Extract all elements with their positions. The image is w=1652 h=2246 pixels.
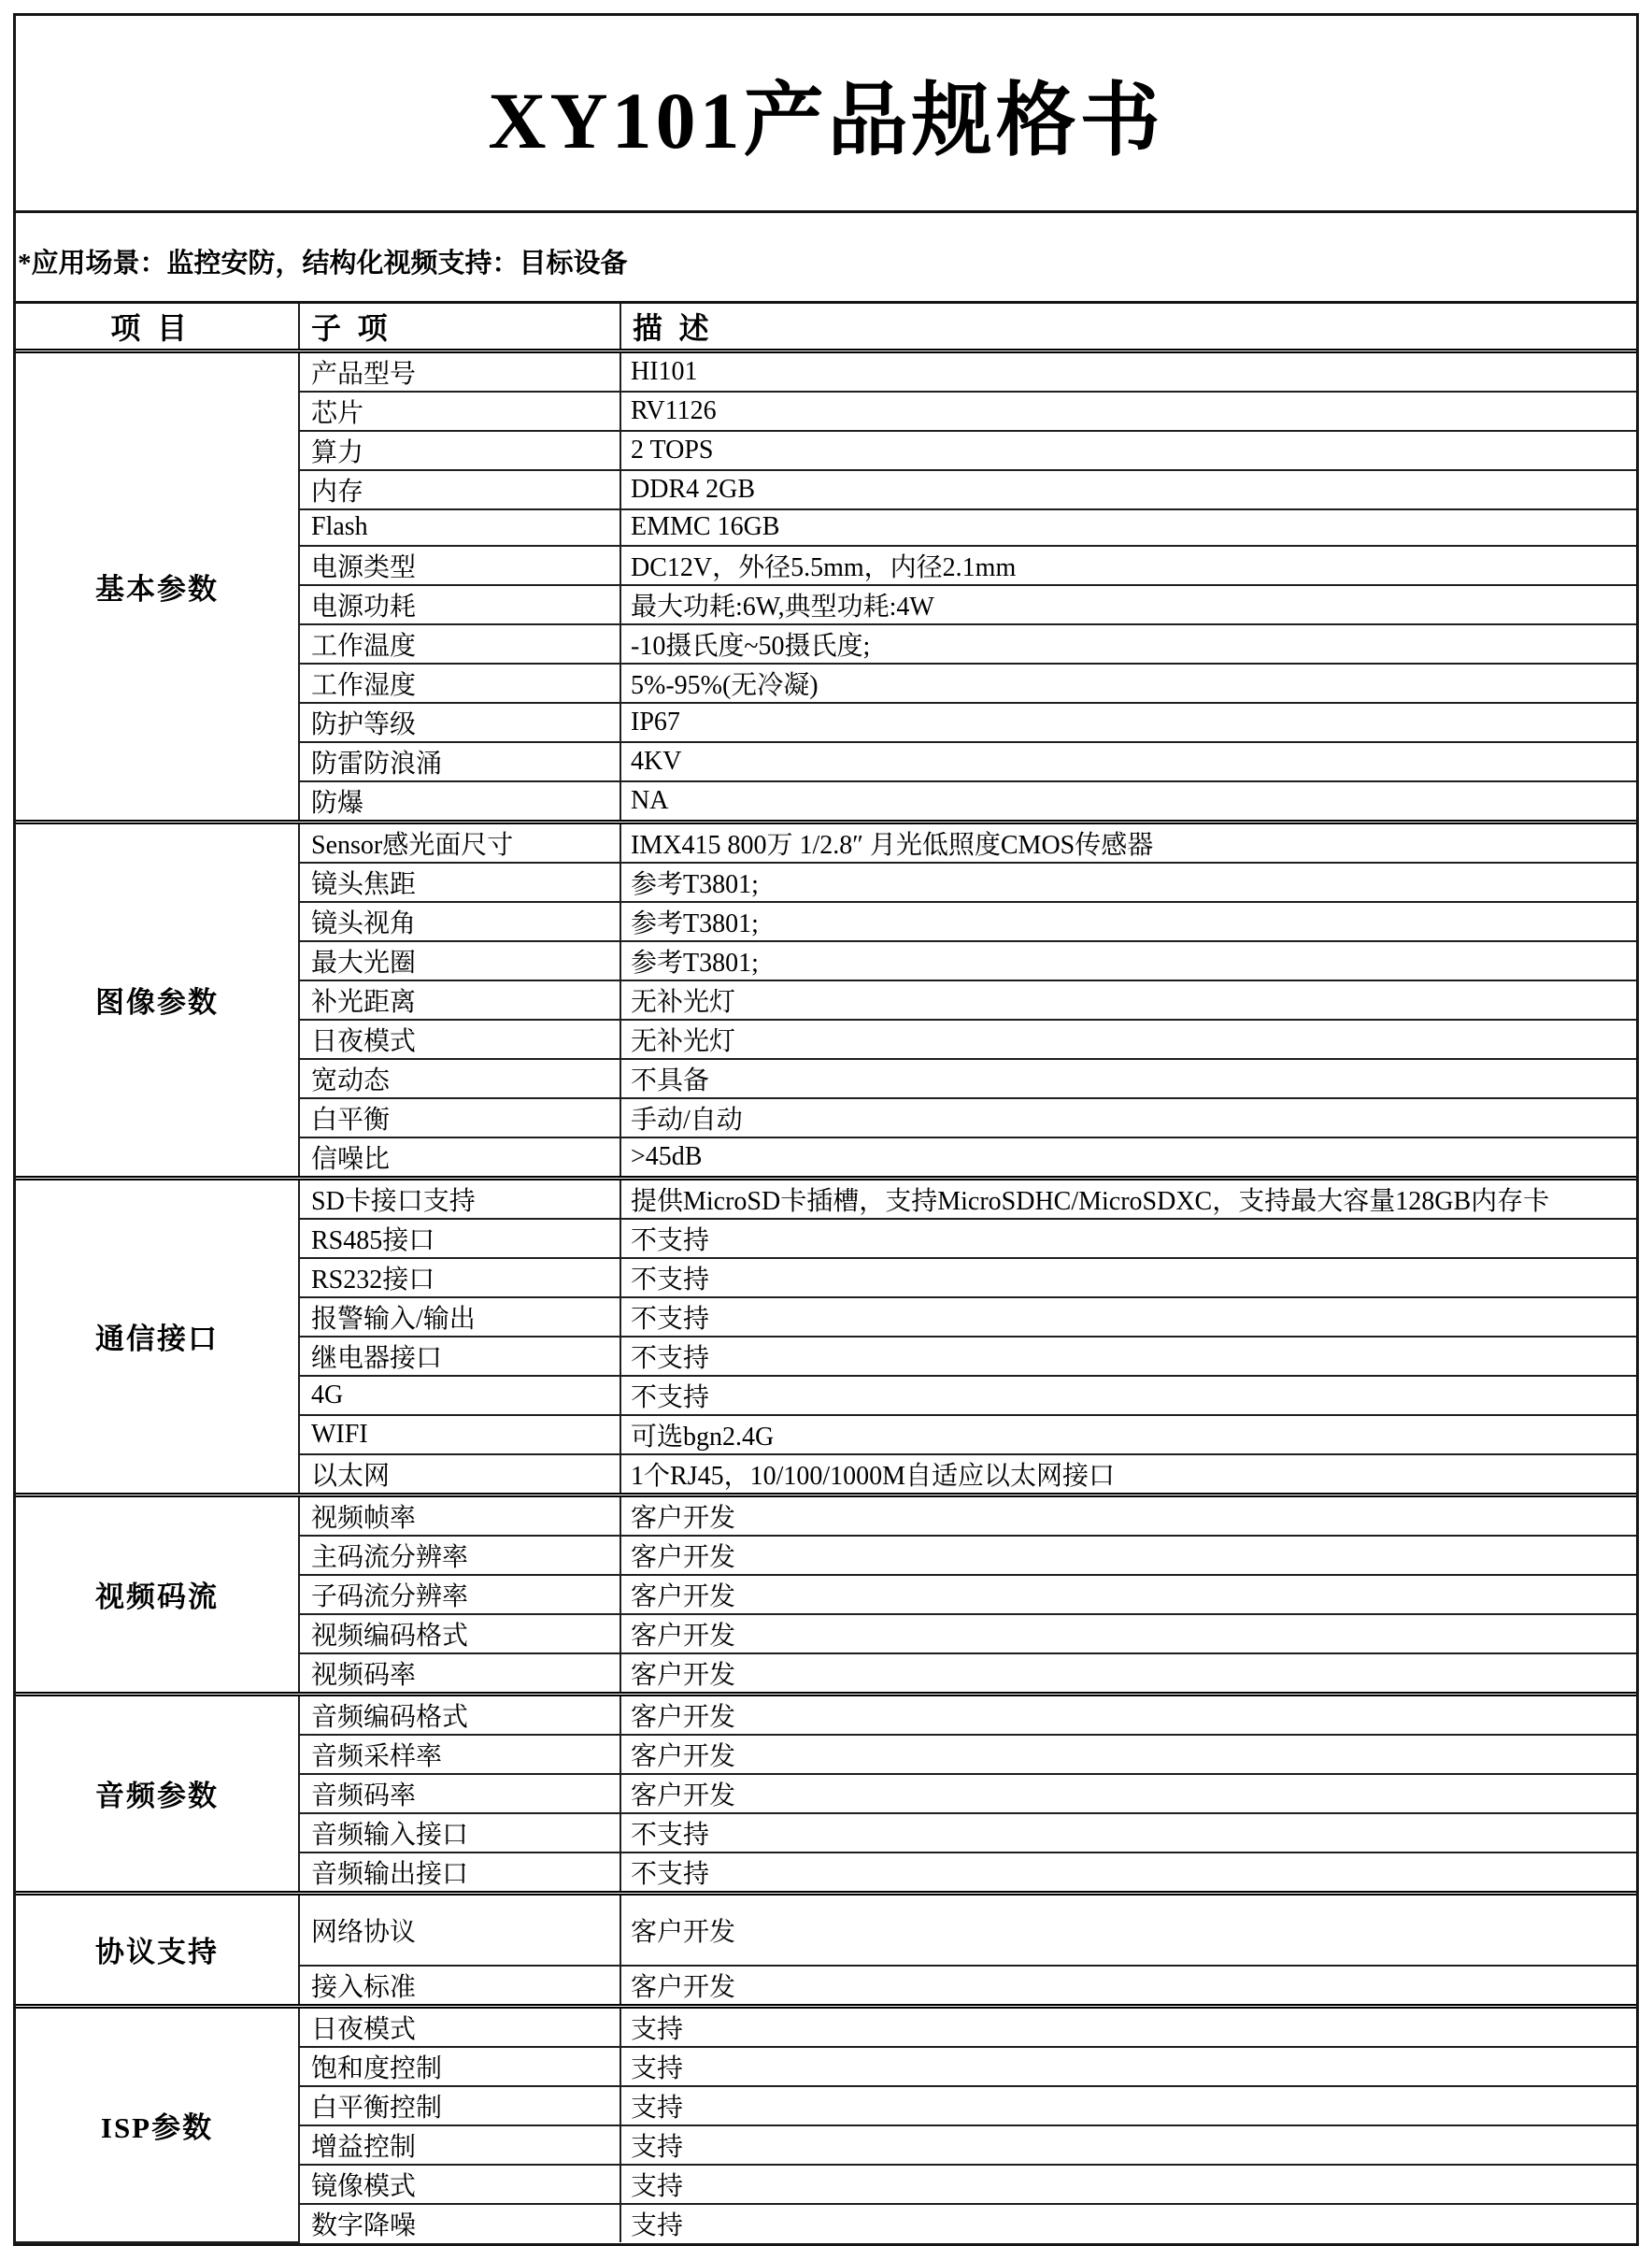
sub-item-cell: 音频输入接口 bbox=[299, 1813, 620, 1853]
description-cell: 可选bgn2.4G bbox=[620, 1415, 1636, 1454]
sub-item-cell: 防护等级 bbox=[299, 703, 620, 742]
spec-table-body: 基本参数产品型号HI101芯片RV1126算力2 TOPS内存DDR4 2GBF… bbox=[16, 350, 1636, 2242]
section-label: 通信接口 bbox=[16, 1178, 299, 1495]
sub-item-cell: 镜头焦距 bbox=[299, 863, 620, 902]
sub-item-cell: 最大光圈 bbox=[299, 941, 620, 980]
sub-item-cell: 视频码率 bbox=[299, 1653, 620, 1695]
description-cell: 2 TOPS bbox=[620, 431, 1636, 470]
description-cell: 不支持 bbox=[620, 1853, 1636, 1894]
description-cell: RV1126 bbox=[620, 392, 1636, 431]
section-label: 协议支持 bbox=[16, 1893, 299, 2007]
table-row: 协议支持网络协议客户开发 bbox=[16, 1893, 1636, 1966]
table-row: 通信接口SD卡接口支持提供MicroSD卡插槽，支持MicroSDHC/Micr… bbox=[16, 1178, 1636, 1219]
sub-item-cell: 工作湿度 bbox=[299, 664, 620, 703]
description-cell: 最大功耗:6W,典型功耗:4W bbox=[620, 585, 1636, 624]
sub-item-cell: 子码流分辨率 bbox=[299, 1575, 620, 1614]
sub-item-cell: 芯片 bbox=[299, 392, 620, 431]
description-cell: 支持 bbox=[620, 2086, 1636, 2125]
description-cell: 客户开发 bbox=[620, 1694, 1636, 1735]
description-cell: 客户开发 bbox=[620, 1893, 1636, 1966]
section-label: ISP参数 bbox=[16, 2007, 299, 2243]
sub-item-cell: 增益控制 bbox=[299, 2125, 620, 2165]
description-cell: 不支持 bbox=[620, 1258, 1636, 1297]
sub-item-cell: 数字降噪 bbox=[299, 2204, 620, 2242]
description-cell: 参考T3801; bbox=[620, 941, 1636, 980]
section-label: 音频参数 bbox=[16, 1694, 299, 1893]
application-scenario: *应用场景：监控安防，结构化视频支持：目标设备 bbox=[16, 213, 1636, 304]
description-cell: -10摄氏度~50摄氏度; bbox=[620, 624, 1636, 664]
description-cell: 客户开发 bbox=[620, 1614, 1636, 1653]
sub-item-cell: 日夜模式 bbox=[299, 1020, 620, 1059]
sub-item-cell: SD卡接口支持 bbox=[299, 1178, 620, 1219]
sub-item-cell: 宽动态 bbox=[299, 1059, 620, 1098]
header-row: 项目 子项 描述 bbox=[16, 304, 1636, 350]
sub-item-cell: RS485接口 bbox=[299, 1219, 620, 1258]
description-cell: 客户开发 bbox=[620, 1653, 1636, 1695]
section-label: 视频码流 bbox=[16, 1495, 299, 1694]
sub-item-cell: 以太网 bbox=[299, 1454, 620, 1495]
sub-item-cell: 接入标准 bbox=[299, 1966, 620, 2007]
sub-item-cell: 网络协议 bbox=[299, 1893, 620, 1966]
description-cell: 5%-95%(无冷凝) bbox=[620, 664, 1636, 703]
description-cell: 参考T3801; bbox=[620, 863, 1636, 902]
description-cell: 支持 bbox=[620, 2165, 1636, 2204]
sub-item-cell: 防爆 bbox=[299, 781, 620, 823]
sub-item-cell: 报警输入/输出 bbox=[299, 1297, 620, 1337]
description-cell: 支持 bbox=[620, 2125, 1636, 2165]
sub-item-cell: WIFI bbox=[299, 1415, 620, 1454]
sub-item-cell: 白平衡 bbox=[299, 1098, 620, 1137]
sub-item-cell: 产品型号 bbox=[299, 350, 620, 392]
application-scenario-text: *应用场景：监控安防，结构化视频支持：目标设备 bbox=[18, 242, 628, 280]
sub-item-cell: 防雷防浪涌 bbox=[299, 742, 620, 781]
description-cell: 无补光灯 bbox=[620, 1020, 1636, 1059]
section-label: 图像参数 bbox=[16, 822, 299, 1178]
description-cell: 4KV bbox=[620, 742, 1636, 781]
description-cell: 手动/自动 bbox=[620, 1098, 1636, 1137]
description-cell: EMMC 16GB bbox=[620, 509, 1636, 546]
description-cell: 客户开发 bbox=[620, 1774, 1636, 1813]
sub-item-cell: 镜头视角 bbox=[299, 902, 620, 941]
sub-item-cell: RS232接口 bbox=[299, 1258, 620, 1297]
table-row: 图像参数Sensor感光面尺寸IMX415 800万 1/2.8″ 月光低照度C… bbox=[16, 822, 1636, 863]
sub-item-cell: 补光距离 bbox=[299, 980, 620, 1020]
sub-item-cell: 音频码率 bbox=[299, 1774, 620, 1813]
description-cell: DC12V，外径5.5mm，内径2.1mm bbox=[620, 546, 1636, 585]
description-cell: 客户开发 bbox=[620, 1536, 1636, 1575]
description-cell: 支持 bbox=[620, 2047, 1636, 2086]
table-row: ISP参数日夜模式支持 bbox=[16, 2007, 1636, 2048]
sub-item-cell: 算力 bbox=[299, 431, 620, 470]
sub-item-cell: 音频输出接口 bbox=[299, 1853, 620, 1894]
sub-item-cell: 音频编码格式 bbox=[299, 1694, 620, 1735]
sub-item-cell: 继电器接口 bbox=[299, 1337, 620, 1376]
spec-table-head: 项目 子项 描述 bbox=[16, 304, 1636, 350]
description-cell: 参考T3801; bbox=[620, 902, 1636, 941]
sub-item-cell: 视频编码格式 bbox=[299, 1614, 620, 1653]
description-cell: 不支持 bbox=[620, 1297, 1636, 1337]
description-cell: 支持 bbox=[620, 2204, 1636, 2242]
description-cell: DDR4 2GB bbox=[620, 470, 1636, 509]
sub-item-cell: 日夜模式 bbox=[299, 2007, 620, 2048]
description-cell: 支持 bbox=[620, 2007, 1636, 2048]
description-cell: IMX415 800万 1/2.8″ 月光低照度CMOS传感器 bbox=[620, 822, 1636, 863]
page-title: XY101产品规格书 bbox=[488, 55, 1163, 171]
sub-item-cell: 工作温度 bbox=[299, 624, 620, 664]
description-cell: 客户开发 bbox=[620, 1966, 1636, 2007]
description-cell: NA bbox=[620, 781, 1636, 823]
sub-item-cell: 信噪比 bbox=[299, 1137, 620, 1179]
sub-item-cell: 内存 bbox=[299, 470, 620, 509]
sub-item-cell: 白平衡控制 bbox=[299, 2086, 620, 2125]
description-cell: 客户开发 bbox=[620, 1735, 1636, 1774]
title-section: XY101产品规格书 bbox=[16, 16, 1636, 213]
spec-table: 项目 子项 描述 基本参数产品型号HI101芯片RV1126算力2 TOPS内存… bbox=[16, 304, 1636, 2243]
description-cell: HI101 bbox=[620, 350, 1636, 392]
description-cell: 1个RJ45，10/100/1000M自适应以太网接口 bbox=[620, 1454, 1636, 1495]
description-cell: 不支持 bbox=[620, 1219, 1636, 1258]
sub-item-cell: 4G bbox=[299, 1376, 620, 1415]
table-row: 视频码流视频帧率客户开发 bbox=[16, 1495, 1636, 1536]
header-desc: 描述 bbox=[620, 304, 1636, 350]
description-cell: IP67 bbox=[620, 703, 1636, 742]
description-cell: >45dB bbox=[620, 1137, 1636, 1179]
sub-item-cell: 音频采样率 bbox=[299, 1735, 620, 1774]
sub-item-cell: 镜像模式 bbox=[299, 2165, 620, 2204]
table-row: 基本参数产品型号HI101 bbox=[16, 350, 1636, 392]
description-cell: 客户开发 bbox=[620, 1575, 1636, 1614]
description-cell: 不支持 bbox=[620, 1376, 1636, 1415]
sub-item-cell: 电源功耗 bbox=[299, 585, 620, 624]
spec-sheet-page: XY101产品规格书 *应用场景：监控安防，结构化视频支持：目标设备 项目 子项… bbox=[13, 13, 1639, 2246]
description-cell: 不支持 bbox=[620, 1813, 1636, 1853]
description-cell: 无补光灯 bbox=[620, 980, 1636, 1020]
sub-item-cell: 视频帧率 bbox=[299, 1495, 620, 1536]
sub-item-cell: Sensor感光面尺寸 bbox=[299, 822, 620, 863]
description-cell: 客户开发 bbox=[620, 1495, 1636, 1536]
section-label: 基本参数 bbox=[16, 350, 299, 822]
header-item: 子项 bbox=[299, 304, 620, 350]
header-project: 项目 bbox=[16, 304, 299, 350]
sub-item-cell: 饱和度控制 bbox=[299, 2047, 620, 2086]
description-cell: 不具备 bbox=[620, 1059, 1636, 1098]
table-row: 音频参数音频编码格式客户开发 bbox=[16, 1694, 1636, 1735]
sub-item-cell: 主码流分辨率 bbox=[299, 1536, 620, 1575]
description-cell: 提供MicroSD卡插槽，支持MicroSDHC/MicroSDXC，支持最大容… bbox=[620, 1178, 1636, 1219]
sub-item-cell: Flash bbox=[299, 509, 620, 546]
sub-item-cell: 电源类型 bbox=[299, 546, 620, 585]
description-cell: 不支持 bbox=[620, 1337, 1636, 1376]
